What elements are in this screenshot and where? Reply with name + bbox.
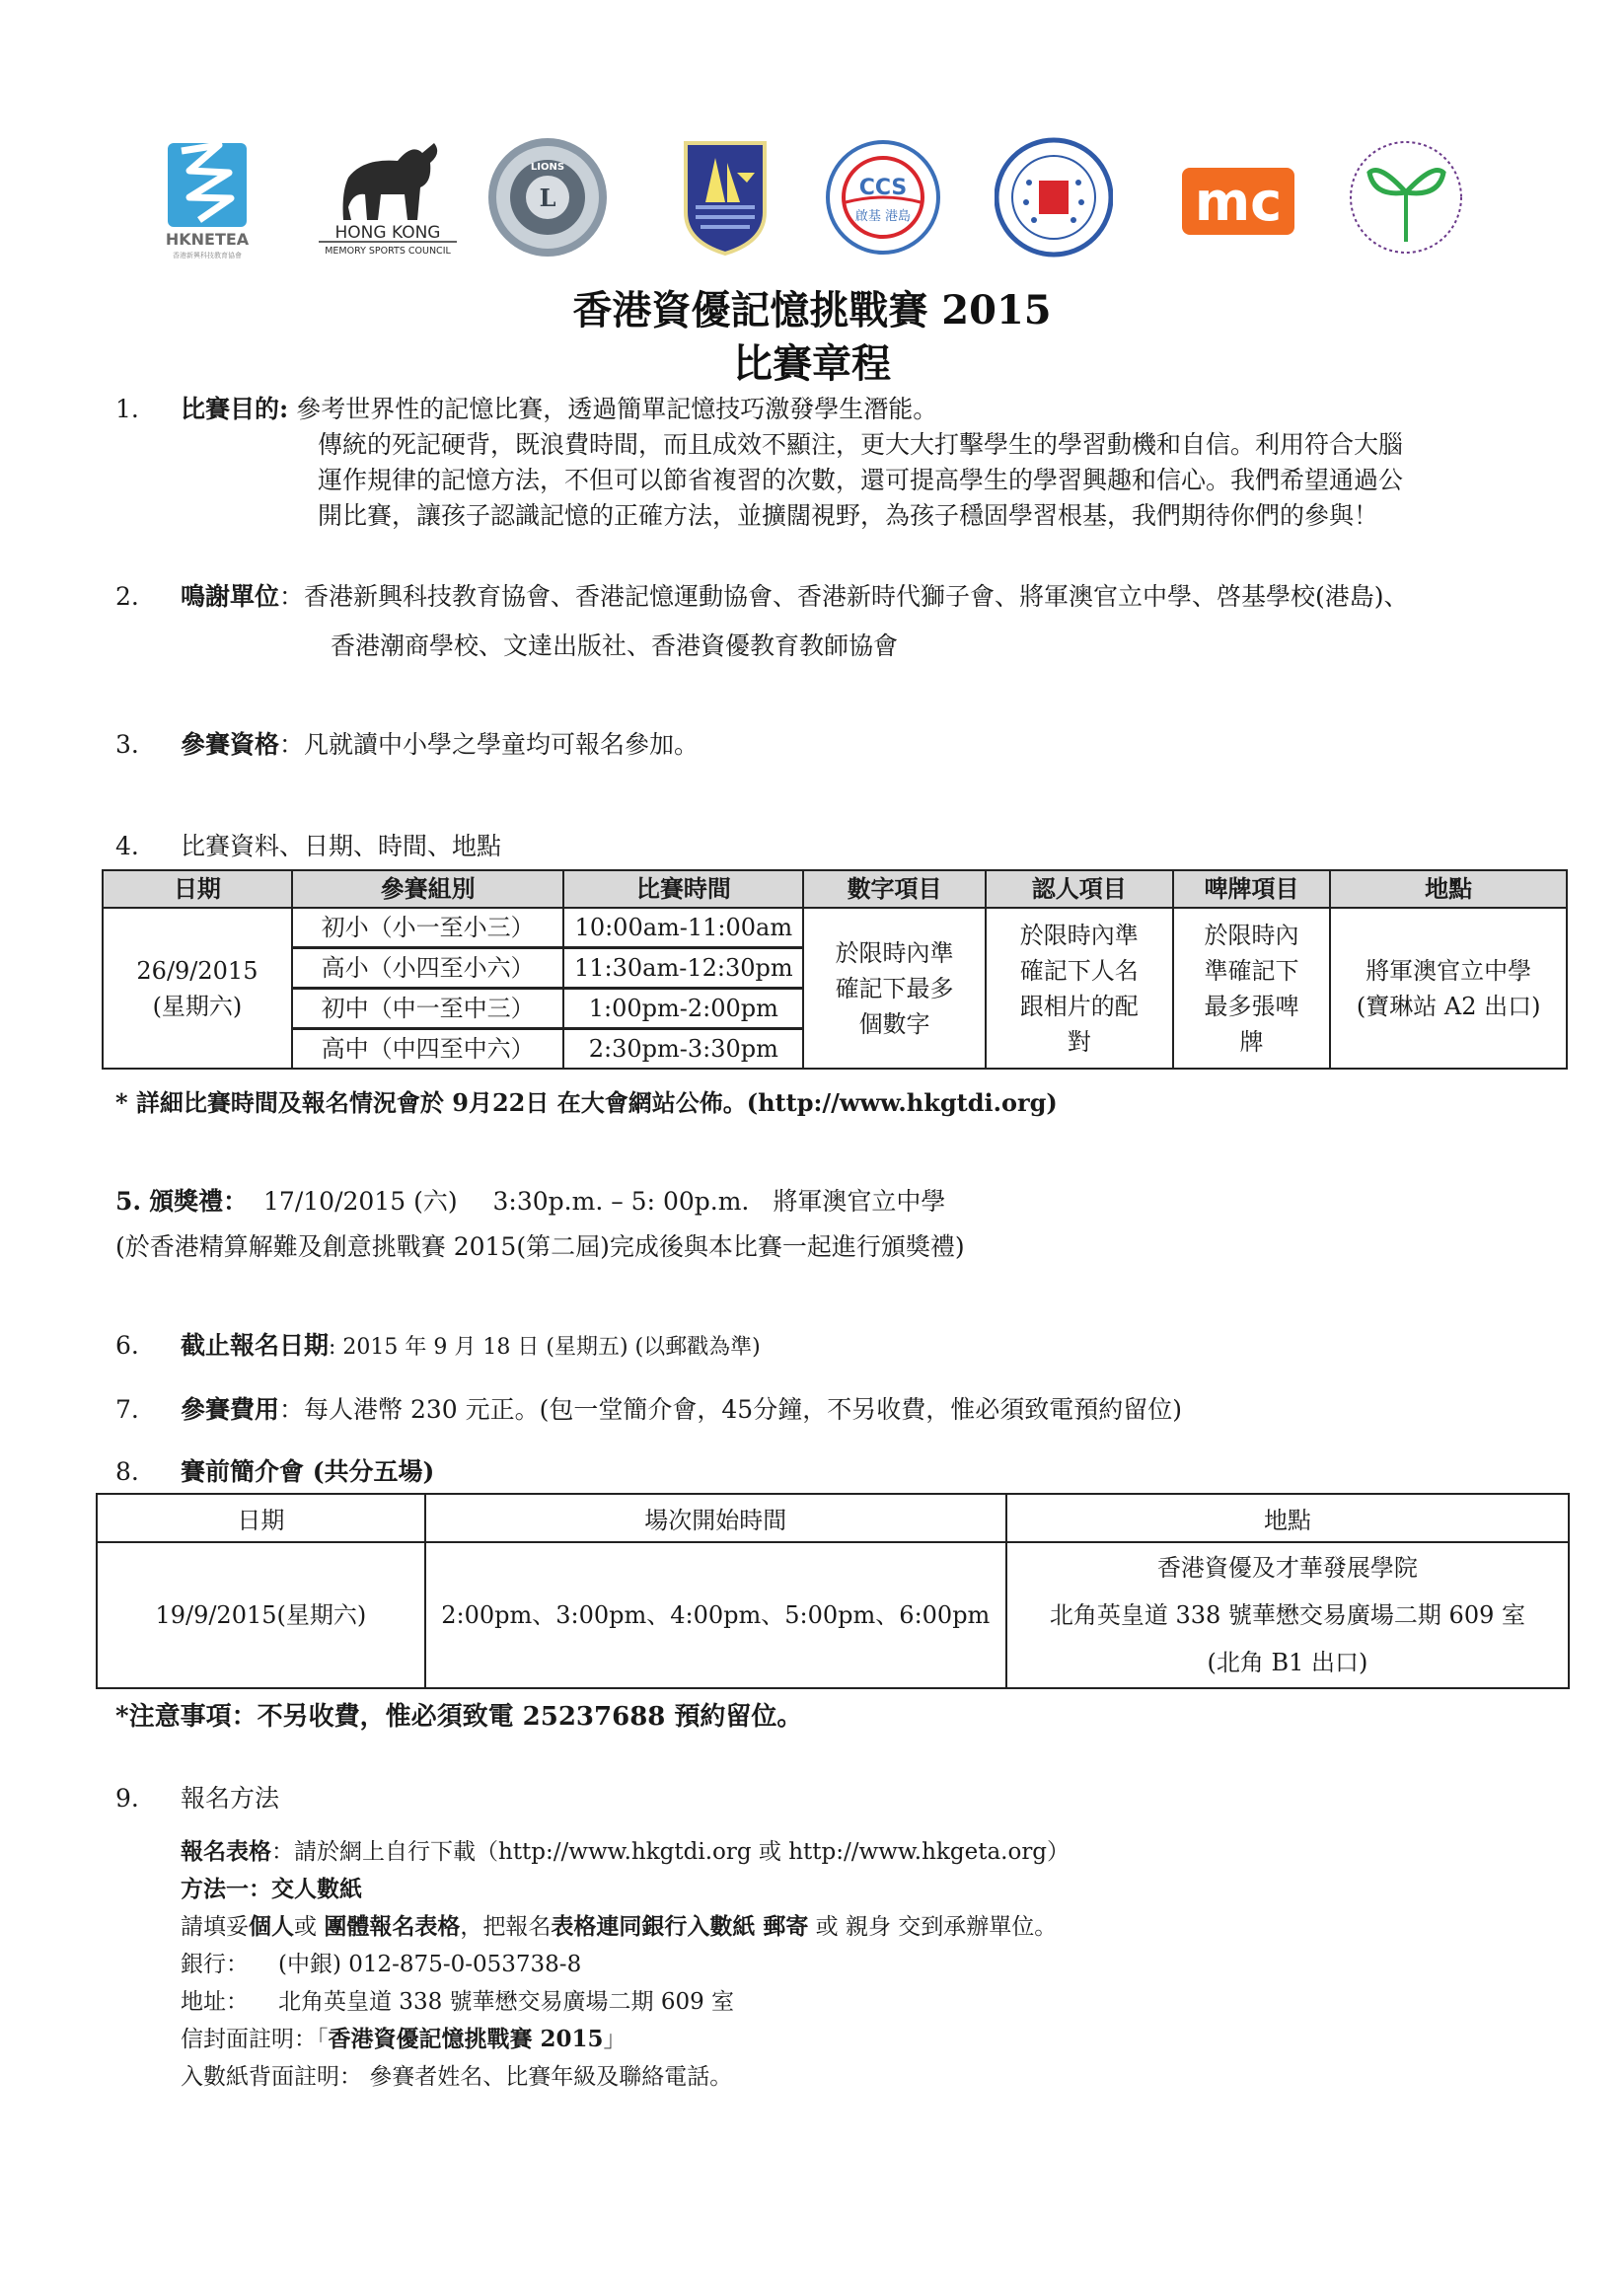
sponsor-logos-row: HKNETEA 香港新興科技教育協會 HONG KONG MEMORY SPOR…: [158, 128, 1470, 266]
svg-text:香港新興科技教育協會: 香港新興科技教育協會: [173, 251, 242, 259]
section-9-number: 9.: [115, 1784, 139, 1814]
header-group: 參賽組別: [292, 870, 564, 908]
cell-date: 19/9/2015(星期六): [97, 1542, 425, 1688]
cell-group: 高中（中四至中六）: [292, 1029, 564, 1070]
section-5-label: 頒獎禮：: [149, 1187, 248, 1216]
header-face-item: 認人項目: [986, 870, 1173, 908]
envelope-line: 信封面註明：「香港資優記憶挑戰賽 2015」: [181, 2025, 627, 2054]
table-header-row: 日期 場次開始時間 地點: [97, 1494, 1569, 1542]
section-6-heading: 截止報名日期: 2015 年 9 月 18 日 (星期五) (以郵戳為準): [181, 1331, 761, 1363]
svg-text:LIONS: LIONS: [531, 162, 564, 173]
tko-government-secondary-school-logo: [671, 128, 779, 266]
section-2-label: 鳴謝單位: [181, 582, 279, 611]
cell-group: 初小（小一至小三）: [292, 908, 564, 948]
section-4-number: 4.: [115, 832, 139, 861]
document-subtitle: 比賽章程: [0, 333, 1624, 389]
bank-label: 銀行：: [181, 1952, 249, 1977]
table-row: 19/9/2015(星期六) 2:00pm、3:00pm、4:00pm、5:00…: [97, 1542, 1569, 1688]
envelope-value: 香港資優記憶挑戰賽 2015: [329, 2026, 604, 2052]
section-1-line-2: 傳統的死記硬背，既浪費時間，而且成效不顯注，更大大打擊學生的學習動機和自信。利用…: [318, 430, 1403, 460]
competition-schedule-table: 日期 參賽組別 比賽時間 數字項目 認人項目 啤牌項目 地點 26/9/2015…: [102, 869, 1568, 1070]
hk-memory-sports-council-logo: HONG KONG MEMORY SPORTS COUNCIL: [301, 128, 474, 266]
bank-line: 銀行：(中銀) 012-875-0-053738-8: [181, 1950, 581, 1979]
section-9-heading: 報名方法: [181, 1784, 279, 1814]
cell-time: 1:00pm-2:00pm: [563, 989, 803, 1029]
registration-form-label: 報名表格: [181, 1838, 271, 1865]
header-card-item: 啤牌項目: [1173, 870, 1331, 908]
section-2-line-1: 香港新興科技教育協會、香港記憶運動協會、香港新時代獅子會、將軍澳官立中學、啓基學…: [304, 582, 1409, 611]
section-5-time: 3:30p.m. – 5: 00p.m.: [493, 1187, 750, 1216]
cell-time: 2:30pm-3:30pm: [563, 1029, 803, 1070]
svg-text:HONG KONG: HONG KONG: [334, 223, 440, 243]
section-8-note: *注意事項：不另收費，惟必須致電 25237688 預約留位。: [115, 1702, 802, 1732]
header-session-times: 場次開始時間: [425, 1494, 1006, 1542]
cell-face-item: 於限時內準 確記下人名 跟相片的配 對: [986, 908, 1173, 1069]
cell-number-item: 於限時內準 確記下最多 個數字: [803, 908, 986, 1069]
table-header-row: 日期 參賽組別 比賽時間 數字項目 認人項目 啤牌項目 地點: [103, 870, 1567, 908]
section-6-text: : 2015 年 9 月 18 日 (星期五) (以郵戳為準): [329, 1335, 761, 1360]
section-1-label: 比賽目的:: [181, 395, 288, 423]
svg-text:啟基 港島: 啟基 港島: [855, 208, 911, 224]
address-line: 地址：北角英皇道 338 號華懋交易廣場二期 609 室: [181, 1987, 734, 2017]
section-3-text: 凡就讀中小學之學童均可報名參加。: [304, 730, 699, 759]
section-3-heading: 參賽資格：凡就讀中小學之學童均可報名參加。: [181, 730, 699, 760]
method-one-label: 方法一：交人數紙: [181, 1875, 362, 1904]
svg-text:L: L: [540, 184, 556, 212]
hknetea-logo: HKNETEA 香港新興科技教育協會: [158, 128, 257, 266]
section-1-line-1: 參考世界性的記憶比賽，透過簡單記憶技巧激發學生潛能。: [296, 395, 937, 423]
registration-form-text: ：請於網上自行下載（http://www.hkgtdi.org 或 http:/…: [271, 1839, 1070, 1865]
cell-group: 高小（小四至小六）: [292, 948, 564, 989]
section-7-label: 參賽費用: [181, 1395, 279, 1424]
section-1-heading: 比賽目的: 參考世界性的記憶比賽，透過簡單記憶技巧激發學生潛能。: [181, 395, 937, 424]
section-2-line-2: 香港潮商學校、文達出版社、香港資優教育教師協會: [331, 631, 898, 661]
cell-group: 初中（中一至中三）: [292, 989, 564, 1029]
section-1-number: 1.: [115, 395, 139, 424]
svg-text:MEMORY SPORTS COUNCIL: MEMORY SPORTS COUNCIL: [325, 246, 451, 257]
address-label: 地址：: [181, 1989, 249, 2015]
registration-form-line: 報名表格：請於網上自行下載（http://www.hkgtdi.org 或 ht…: [181, 1837, 1070, 1867]
section-2-heading: 鳴謝單位：香港新興科技教育協會、香港記憶運動協會、香港新時代獅子會、將軍澳官立中…: [181, 582, 1409, 612]
section-6-number: 6.: [115, 1331, 139, 1361]
section-6-label: 截止報名日期: [181, 1331, 329, 1360]
cell-card-item: 於限時內 準確記下 最多張啤 牌: [1173, 908, 1331, 1069]
header-date: 日期: [97, 1494, 425, 1542]
chiu-sheung-school-logo: [992, 128, 1115, 266]
table-row: 26/9/2015 (星期六) 初小（小一至小三） 10:00am-11:00a…: [103, 908, 1567, 948]
header-number-item: 數字項目: [803, 870, 986, 908]
section-7-heading: 參賽費用：每人港幣 230 元正。(包一堂簡介會，45分鐘，不另收費，惟必須致電…: [181, 1395, 1182, 1425]
header-date: 日期: [103, 870, 292, 908]
deposit-slip-note: 入數紙背面註明： 參賽者姓名、比賽年級及聯絡電話。: [181, 2062, 732, 2092]
section-3-label: 參賽資格: [181, 730, 279, 759]
document-page: HKNETEA 香港新興科技教育協會 HONG KONG MEMORY SPOR…: [0, 0, 1624, 2296]
section-1-line-4: 開比賽，讓孩子認識記憶的正確方法，並擴闊視野，為孩子穩固學習根基，我們期待你們的…: [318, 501, 1378, 531]
section-3-number: 3.: [115, 730, 139, 760]
cell-venue: 將軍澳官立中學 (寶琳站 A2 出口): [1330, 908, 1567, 1069]
method-instructions: 請填妥個人或 團體報名表格，把報名表格連同銀行入數紙 郵寄 或 親身 交到承辦單…: [181, 1912, 1057, 1942]
cell-venue: 香港資優及才華發展學院 北角英皇道 338 號華懋交易廣場二期 609 室 (北…: [1006, 1542, 1569, 1688]
ccs-hong-kong-island-logo: CCS 啟基 港島: [824, 128, 942, 266]
section-7-number: 7.: [115, 1395, 139, 1425]
section-5-note: (於香港精算解難及創意挑戰賽 2015(第二屆)完成後與本比賽一起進行頒獎禮): [115, 1232, 965, 1262]
header-time: 比賽時間: [563, 870, 803, 908]
bank-account: (中銀) 012-875-0-053738-8: [278, 1952, 581, 1977]
section-4-note: * 詳細比賽時間及報名情況會於 9月22日 在大會網站公佈。(http://ww…: [115, 1088, 1058, 1118]
svg-text:mc: mc: [1195, 171, 1282, 233]
svg-text:HKNETEA: HKNETEA: [166, 230, 250, 249]
section-5-date: 17/10/2015 (六): [263, 1187, 458, 1216]
briefing-session-table: 日期 場次開始時間 地點 19/9/2015(星期六) 2:00pm、3:00p…: [96, 1493, 1570, 1689]
address-value: 北角英皇道 338 號華懋交易廣場二期 609 室: [278, 1989, 734, 2015]
header-venue: 地點: [1330, 870, 1567, 908]
section-8-heading: 賽前簡介會 (共分五場): [181, 1457, 434, 1487]
header-venue: 地點: [1006, 1494, 1569, 1542]
cell-time: 11:30am-12:30pm: [563, 948, 803, 989]
cell-session-times: 2:00pm、3:00pm、4:00pm、5:00pm、6:00pm: [425, 1542, 1006, 1688]
hk-gifted-education-teachers-association-logo: [1342, 128, 1470, 266]
section-2-number: 2.: [115, 582, 139, 612]
section-8-number: 8.: [115, 1457, 139, 1487]
section-5-venue: 將軍澳官立中學: [773, 1187, 945, 1216]
cell-time: 10:00am-11:00am: [563, 908, 803, 948]
section-4-heading: 比賽資料、日期、時間、地點: [181, 832, 501, 861]
section-1-line-3: 運作規律的記憶方法，不但可以節省複習的次數，還可提高學生的學習興趣和信心。我們希…: [318, 466, 1403, 495]
lions-club-logo: L LIONS: [483, 128, 612, 266]
section-7-text: 每人港幣 230 元正。(包一堂簡介會，45分鐘，不另收費，惟必須致電預約留位): [304, 1395, 1182, 1424]
document-title: 香港資優記憶挑戰賽 2015: [0, 279, 1624, 335]
section-5-heading: 5. 頒獎禮： 17/10/2015 (六) 3:30p.m. – 5: 00p…: [115, 1187, 945, 1217]
mc-logo: mc: [1174, 128, 1302, 266]
cell-date: 26/9/2015 (星期六): [103, 908, 292, 1069]
